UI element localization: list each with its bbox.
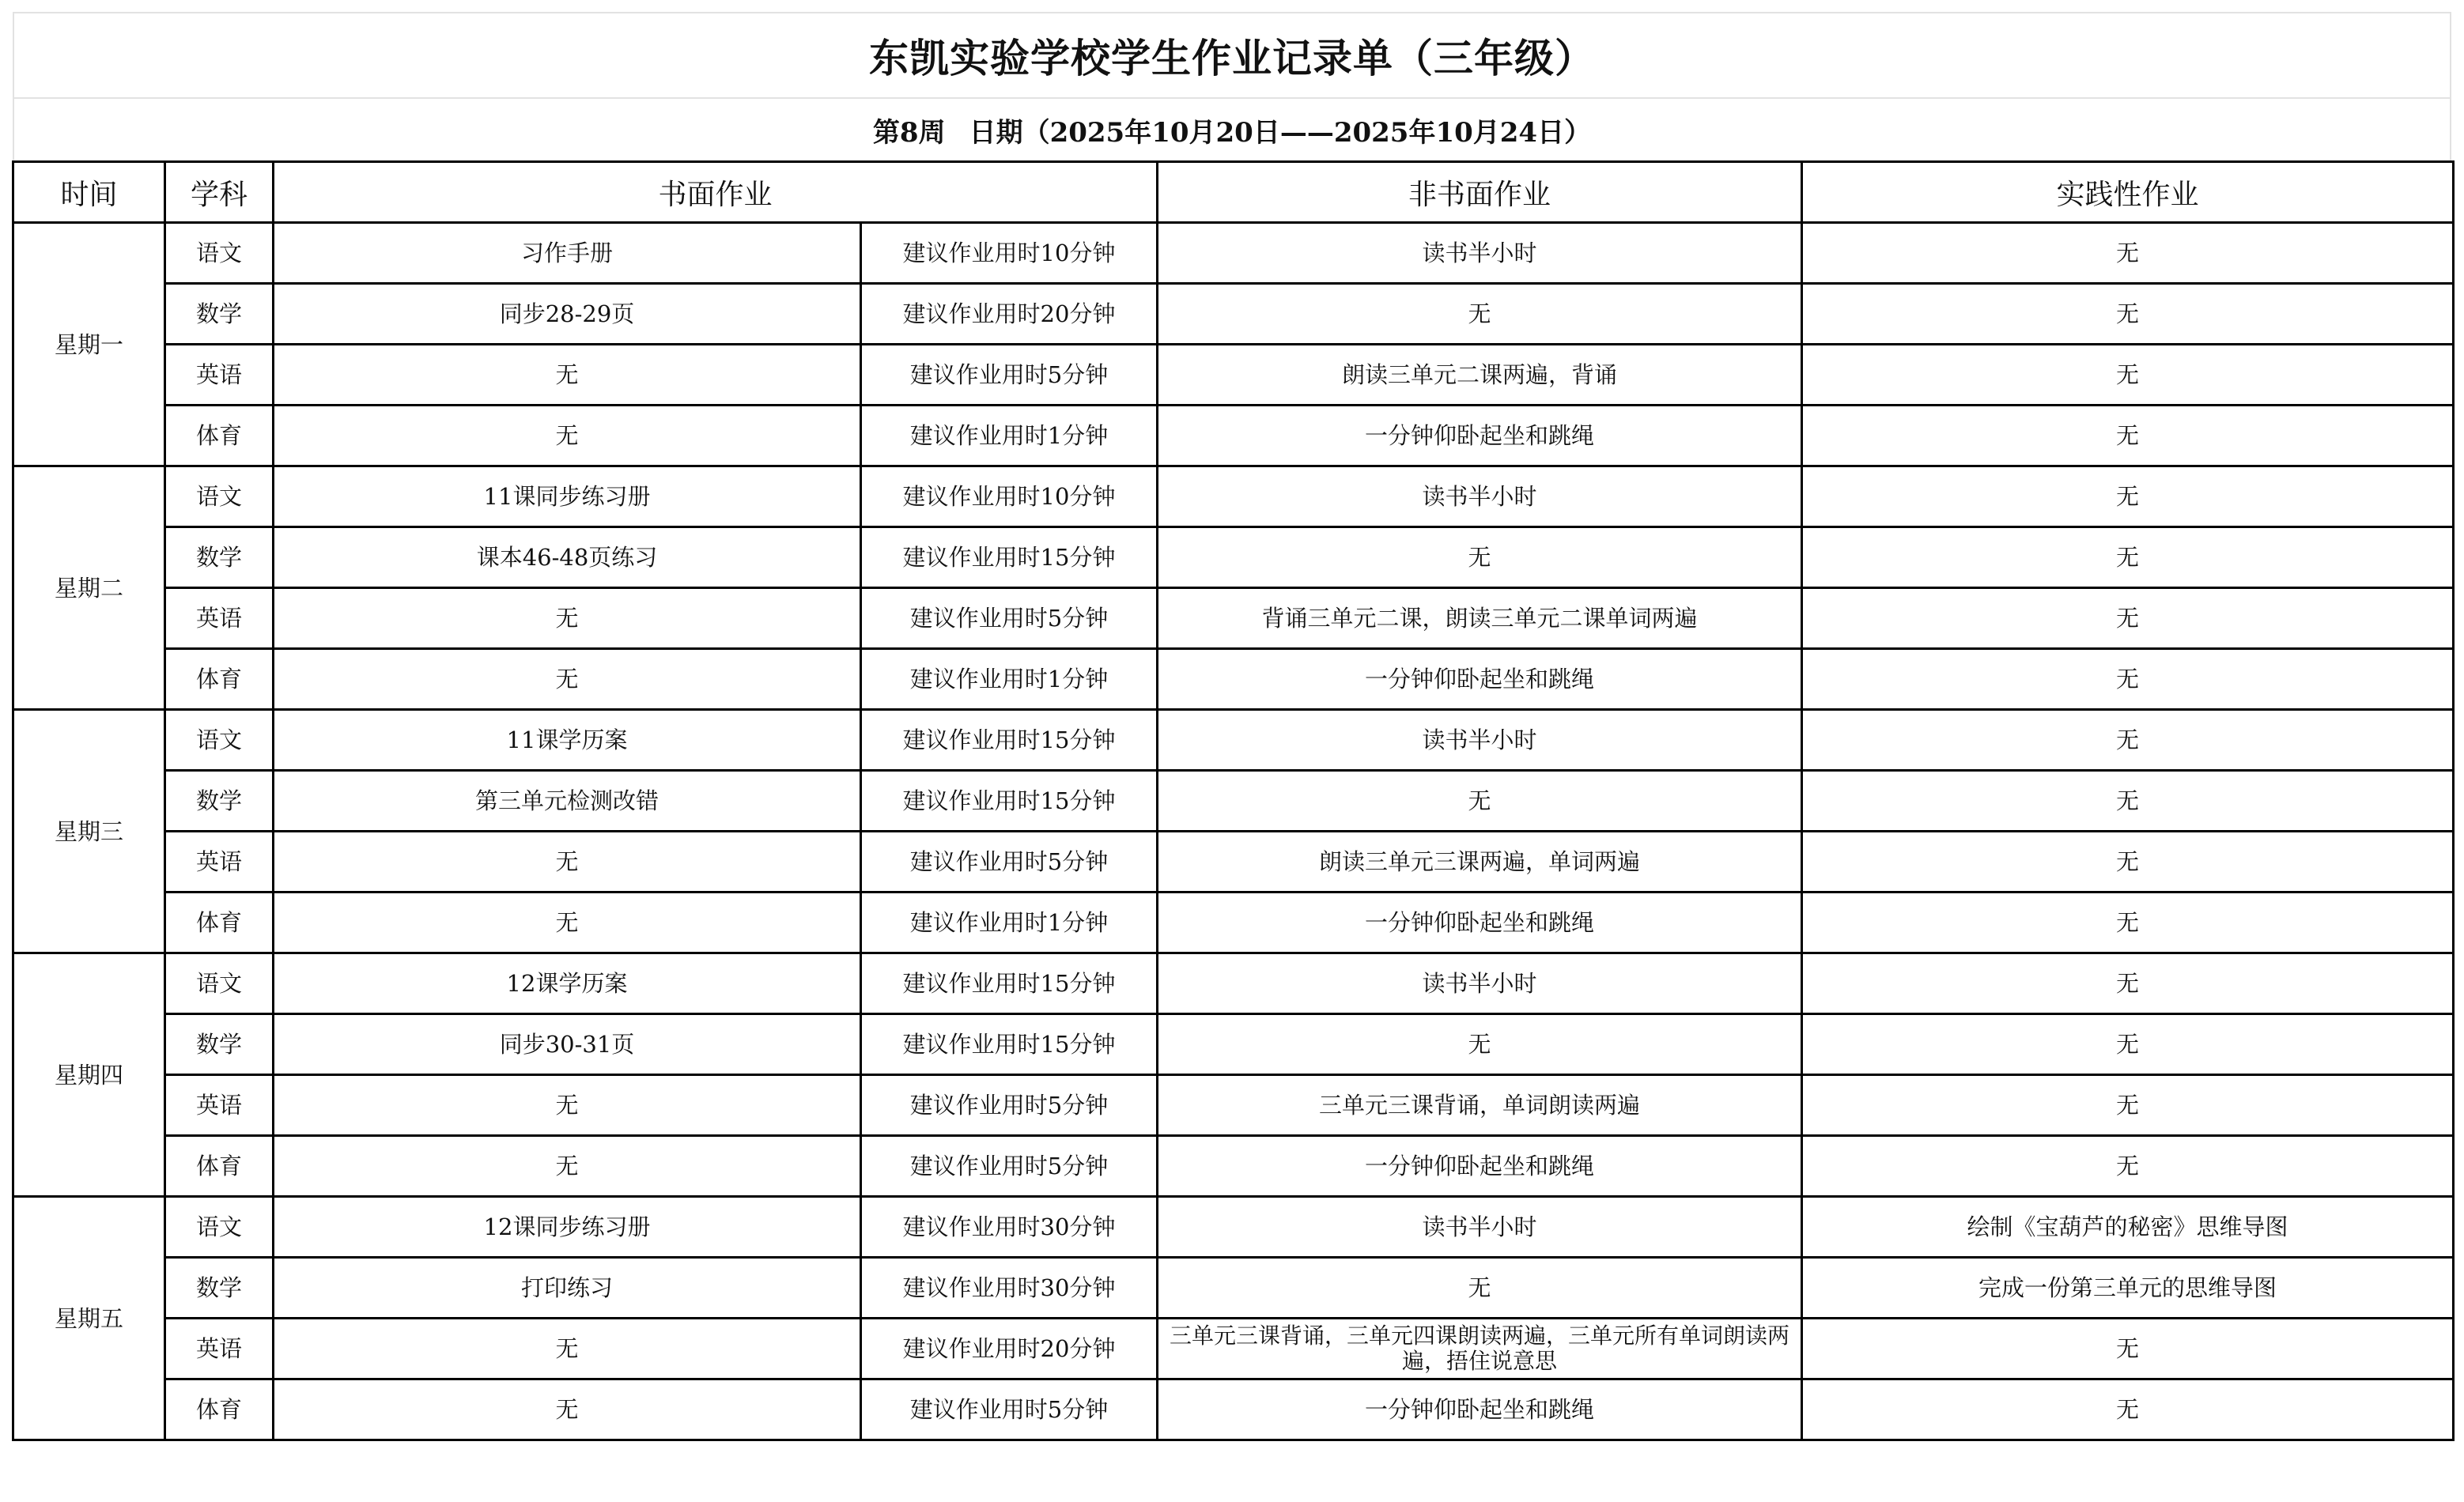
non-written-homework-cell: 读书半小时 xyxy=(1158,710,1802,771)
practical-homework-cell: 无 xyxy=(1802,223,2454,284)
non-written-homework-cell: 三单元三课背诵，三单元四课朗读两遍，三单元所有单词朗读两遍，捂住说意思 xyxy=(1158,1319,1802,1379)
subject-cell: 英语 xyxy=(165,345,274,406)
table-row: 英语无建议作业用时5分钟朗读三单元二课两遍，背诵无 xyxy=(13,345,2454,406)
suggested-duration-cell: 建议作业用时15分钟 xyxy=(861,1014,1158,1075)
non-written-homework-cell: 读书半小时 xyxy=(1158,953,1802,1014)
written-homework-cell: 无 xyxy=(274,1075,861,1136)
table-row: 星期四语文12课学历案建议作业用时15分钟读书半小时无 xyxy=(13,953,2454,1014)
table-row: 体育无建议作业用时1分钟一分钟仰卧起坐和跳绳无 xyxy=(13,893,2454,953)
suggested-duration-cell: 建议作业用时1分钟 xyxy=(861,893,1158,953)
non-written-homework-cell: 读书半小时 xyxy=(1158,466,1802,527)
suggested-duration-cell: 建议作业用时5分钟 xyxy=(861,832,1158,893)
written-homework-cell: 第三单元检测改错 xyxy=(274,771,861,832)
non-written-homework-cell: 朗读三单元三课两遍，单词两遍 xyxy=(1158,832,1802,893)
table-row: 英语无建议作业用时5分钟三单元三课背诵，单词朗读两遍无 xyxy=(13,1075,2454,1136)
practical-homework-cell: 无 xyxy=(1802,893,2454,953)
week-date-row: 第8周 日期（2025年10月20日——2025年10月24日） xyxy=(13,97,2451,160)
suggested-duration-cell: 建议作业用时10分钟 xyxy=(861,223,1158,284)
subject-cell: 英语 xyxy=(165,1319,274,1379)
practical-homework-cell: 无 xyxy=(1802,406,2454,466)
day-cell: 星期四 xyxy=(13,953,165,1197)
day-cell: 星期二 xyxy=(13,466,165,710)
header-non-written: 非书面作业 xyxy=(1158,162,1802,223)
table-row: 数学课本46-48页练习建议作业用时15分钟无无 xyxy=(13,527,2454,588)
written-homework-cell: 无 xyxy=(274,832,861,893)
written-homework-cell: 无 xyxy=(274,893,861,953)
practical-homework-cell: 无 xyxy=(1802,649,2454,710)
subject-cell: 语文 xyxy=(165,953,274,1014)
practical-homework-cell: 无 xyxy=(1802,710,2454,771)
practical-homework-cell: 无 xyxy=(1802,1014,2454,1075)
suggested-duration-cell: 建议作业用时1分钟 xyxy=(861,649,1158,710)
non-written-homework-cell: 三单元三课背诵，单词朗读两遍 xyxy=(1158,1075,1802,1136)
non-written-homework-cell: 背诵三单元二课，朗读三单元二课单词两遍 xyxy=(1158,588,1802,649)
table-row: 体育无建议作业用时1分钟一分钟仰卧起坐和跳绳无 xyxy=(13,649,2454,710)
practical-homework-cell: 无 xyxy=(1802,588,2454,649)
practical-homework-cell: 绘制《宝葫芦的秘密》思维导图 xyxy=(1802,1197,2454,1258)
table-row: 英语无建议作业用时20分钟三单元三课背诵，三单元四课朗读两遍，三单元所有单词朗读… xyxy=(13,1319,2454,1379)
suggested-duration-cell: 建议作业用时20分钟 xyxy=(861,284,1158,345)
practical-homework-cell: 无 xyxy=(1802,1075,2454,1136)
written-homework-cell: 11课同步练习册 xyxy=(274,466,861,527)
suggested-duration-cell: 建议作业用时30分钟 xyxy=(861,1197,1158,1258)
subject-cell: 语文 xyxy=(165,223,274,284)
practical-homework-cell: 无 xyxy=(1802,1319,2454,1379)
day-cell: 星期五 xyxy=(13,1197,165,1440)
written-homework-cell: 无 xyxy=(274,649,861,710)
non-written-homework-cell: 无 xyxy=(1158,284,1802,345)
suggested-duration-cell: 建议作业用时5分钟 xyxy=(861,345,1158,406)
day-cell: 星期一 xyxy=(13,223,165,466)
non-written-homework-cell: 无 xyxy=(1158,1014,1802,1075)
written-homework-cell: 12课同步练习册 xyxy=(274,1197,861,1258)
suggested-duration-cell: 建议作业用时30分钟 xyxy=(861,1258,1158,1319)
practical-homework-cell: 无 xyxy=(1802,1136,2454,1197)
suggested-duration-cell: 建议作业用时5分钟 xyxy=(861,1136,1158,1197)
practical-homework-cell: 完成一份第三单元的思维导图 xyxy=(1802,1258,2454,1319)
subject-cell: 数学 xyxy=(165,1014,274,1075)
table-row: 数学打印练习建议作业用时30分钟无完成一份第三单元的思维导图 xyxy=(13,1258,2454,1319)
suggested-duration-cell: 建议作业用时5分钟 xyxy=(861,588,1158,649)
suggested-duration-cell: 建议作业用时15分钟 xyxy=(861,771,1158,832)
non-written-homework-cell: 一分钟仰卧起坐和跳绳 xyxy=(1158,1379,1802,1440)
table-row: 数学同步28-29页建议作业用时20分钟无无 xyxy=(13,284,2454,345)
written-homework-cell: 无 xyxy=(274,1379,861,1440)
subject-cell: 英语 xyxy=(165,588,274,649)
practical-homework-cell: 无 xyxy=(1802,345,2454,406)
written-homework-cell: 12课学历案 xyxy=(274,953,861,1014)
header-written: 书面作业 xyxy=(274,162,1158,223)
table-body: 星期一语文习作手册建议作业用时10分钟读书半小时无数学同步28-29页建议作业用… xyxy=(13,223,2454,1440)
written-homework-cell: 同步30-31页 xyxy=(274,1014,861,1075)
practical-homework-cell: 无 xyxy=(1802,771,2454,832)
practical-homework-cell: 无 xyxy=(1802,1379,2454,1440)
practical-homework-cell: 无 xyxy=(1802,953,2454,1014)
subject-cell: 英语 xyxy=(165,1075,274,1136)
non-written-homework-cell: 读书半小时 xyxy=(1158,1197,1802,1258)
written-homework-cell: 习作手册 xyxy=(274,223,861,284)
header-subject: 学科 xyxy=(165,162,274,223)
document-title: 东凯实验学校学生作业记录单（三年级） xyxy=(869,27,1595,84)
homework-record-sheet: 东凯实验学校学生作业记录单（三年级） 第8周 日期（2025年10月20日——2… xyxy=(13,12,2451,1441)
header-row: 时间 学科 书面作业 非书面作业 实践性作业 xyxy=(13,162,2454,223)
written-homework-cell: 打印练习 xyxy=(274,1258,861,1319)
subject-cell: 体育 xyxy=(165,649,274,710)
subject-cell: 语文 xyxy=(165,466,274,527)
suggested-duration-cell: 建议作业用时20分钟 xyxy=(861,1319,1158,1379)
written-homework-cell: 无 xyxy=(274,406,861,466)
header-practical: 实践性作业 xyxy=(1802,162,2454,223)
written-homework-cell: 11课学历案 xyxy=(274,710,861,771)
subject-cell: 语文 xyxy=(165,1197,274,1258)
table-row: 星期三语文11课学历案建议作业用时15分钟读书半小时无 xyxy=(13,710,2454,771)
table-row: 体育无建议作业用时5分钟一分钟仰卧起坐和跳绳无 xyxy=(13,1379,2454,1440)
written-homework-cell: 无 xyxy=(274,1319,861,1379)
non-written-homework-cell: 一分钟仰卧起坐和跳绳 xyxy=(1158,649,1802,710)
table-row: 体育无建议作业用时1分钟一分钟仰卧起坐和跳绳无 xyxy=(13,406,2454,466)
suggested-duration-cell: 建议作业用时15分钟 xyxy=(861,953,1158,1014)
practical-homework-cell: 无 xyxy=(1802,466,2454,527)
practical-homework-cell: 无 xyxy=(1802,284,2454,345)
date-range: 日期（2025年10月20日——2025年10月24日） xyxy=(969,111,1592,149)
written-homework-cell: 无 xyxy=(274,345,861,406)
subject-cell: 数学 xyxy=(165,284,274,345)
non-written-homework-cell: 无 xyxy=(1158,527,1802,588)
suggested-duration-cell: 建议作业用时5分钟 xyxy=(861,1075,1158,1136)
subject-cell: 语文 xyxy=(165,710,274,771)
document-title-row: 东凯实验学校学生作业记录单（三年级） xyxy=(13,12,2451,97)
non-written-homework-cell: 朗读三单元二课两遍，背诵 xyxy=(1158,345,1802,406)
suggested-duration-cell: 建议作业用时5分钟 xyxy=(861,1379,1158,1440)
subject-cell: 数学 xyxy=(165,527,274,588)
written-homework-cell: 课本46-48页练习 xyxy=(274,527,861,588)
table-row: 英语无建议作业用时5分钟背诵三单元二课，朗读三单元二课单词两遍无 xyxy=(13,588,2454,649)
subject-cell: 数学 xyxy=(165,1258,274,1319)
header-time: 时间 xyxy=(13,162,165,223)
table-row: 星期五语文12课同步练习册建议作业用时30分钟读书半小时绘制《宝葫芦的秘密》思维… xyxy=(13,1197,2454,1258)
written-homework-cell: 无 xyxy=(274,1136,861,1197)
suggested-duration-cell: 建议作业用时1分钟 xyxy=(861,406,1158,466)
non-written-homework-cell: 一分钟仰卧起坐和跳绳 xyxy=(1158,406,1802,466)
written-homework-cell: 无 xyxy=(274,588,861,649)
week-label: 第8周 xyxy=(873,111,946,149)
subject-cell: 数学 xyxy=(165,771,274,832)
homework-table: 时间 学科 书面作业 非书面作业 实践性作业 星期一语文习作手册建议作业用时10… xyxy=(12,160,2455,1441)
table-row: 星期一语文习作手册建议作业用时10分钟读书半小时无 xyxy=(13,223,2454,284)
non-written-homework-cell: 无 xyxy=(1158,771,1802,832)
non-written-homework-cell: 一分钟仰卧起坐和跳绳 xyxy=(1158,1136,1802,1197)
non-written-homework-cell: 一分钟仰卧起坐和跳绳 xyxy=(1158,893,1802,953)
subject-cell: 体育 xyxy=(165,1379,274,1440)
table-row: 星期二语文11课同步练习册建议作业用时10分钟读书半小时无 xyxy=(13,466,2454,527)
suggested-duration-cell: 建议作业用时15分钟 xyxy=(861,710,1158,771)
non-written-homework-cell: 读书半小时 xyxy=(1158,223,1802,284)
subject-cell: 体育 xyxy=(165,1136,274,1197)
table-row: 数学同步30-31页建议作业用时15分钟无无 xyxy=(13,1014,2454,1075)
suggested-duration-cell: 建议作业用时10分钟 xyxy=(861,466,1158,527)
day-cell: 星期三 xyxy=(13,710,165,953)
subject-cell: 体育 xyxy=(165,406,274,466)
practical-homework-cell: 无 xyxy=(1802,527,2454,588)
table-row: 体育无建议作业用时5分钟一分钟仰卧起坐和跳绳无 xyxy=(13,1136,2454,1197)
table-row: 英语无建议作业用时5分钟朗读三单元三课两遍，单词两遍无 xyxy=(13,832,2454,893)
suggested-duration-cell: 建议作业用时15分钟 xyxy=(861,527,1158,588)
written-homework-cell: 同步28-29页 xyxy=(274,284,861,345)
subject-cell: 体育 xyxy=(165,893,274,953)
non-written-homework-cell: 无 xyxy=(1158,1258,1802,1319)
subject-cell: 英语 xyxy=(165,832,274,893)
practical-homework-cell: 无 xyxy=(1802,832,2454,893)
table-row: 数学第三单元检测改错建议作业用时15分钟无无 xyxy=(13,771,2454,832)
